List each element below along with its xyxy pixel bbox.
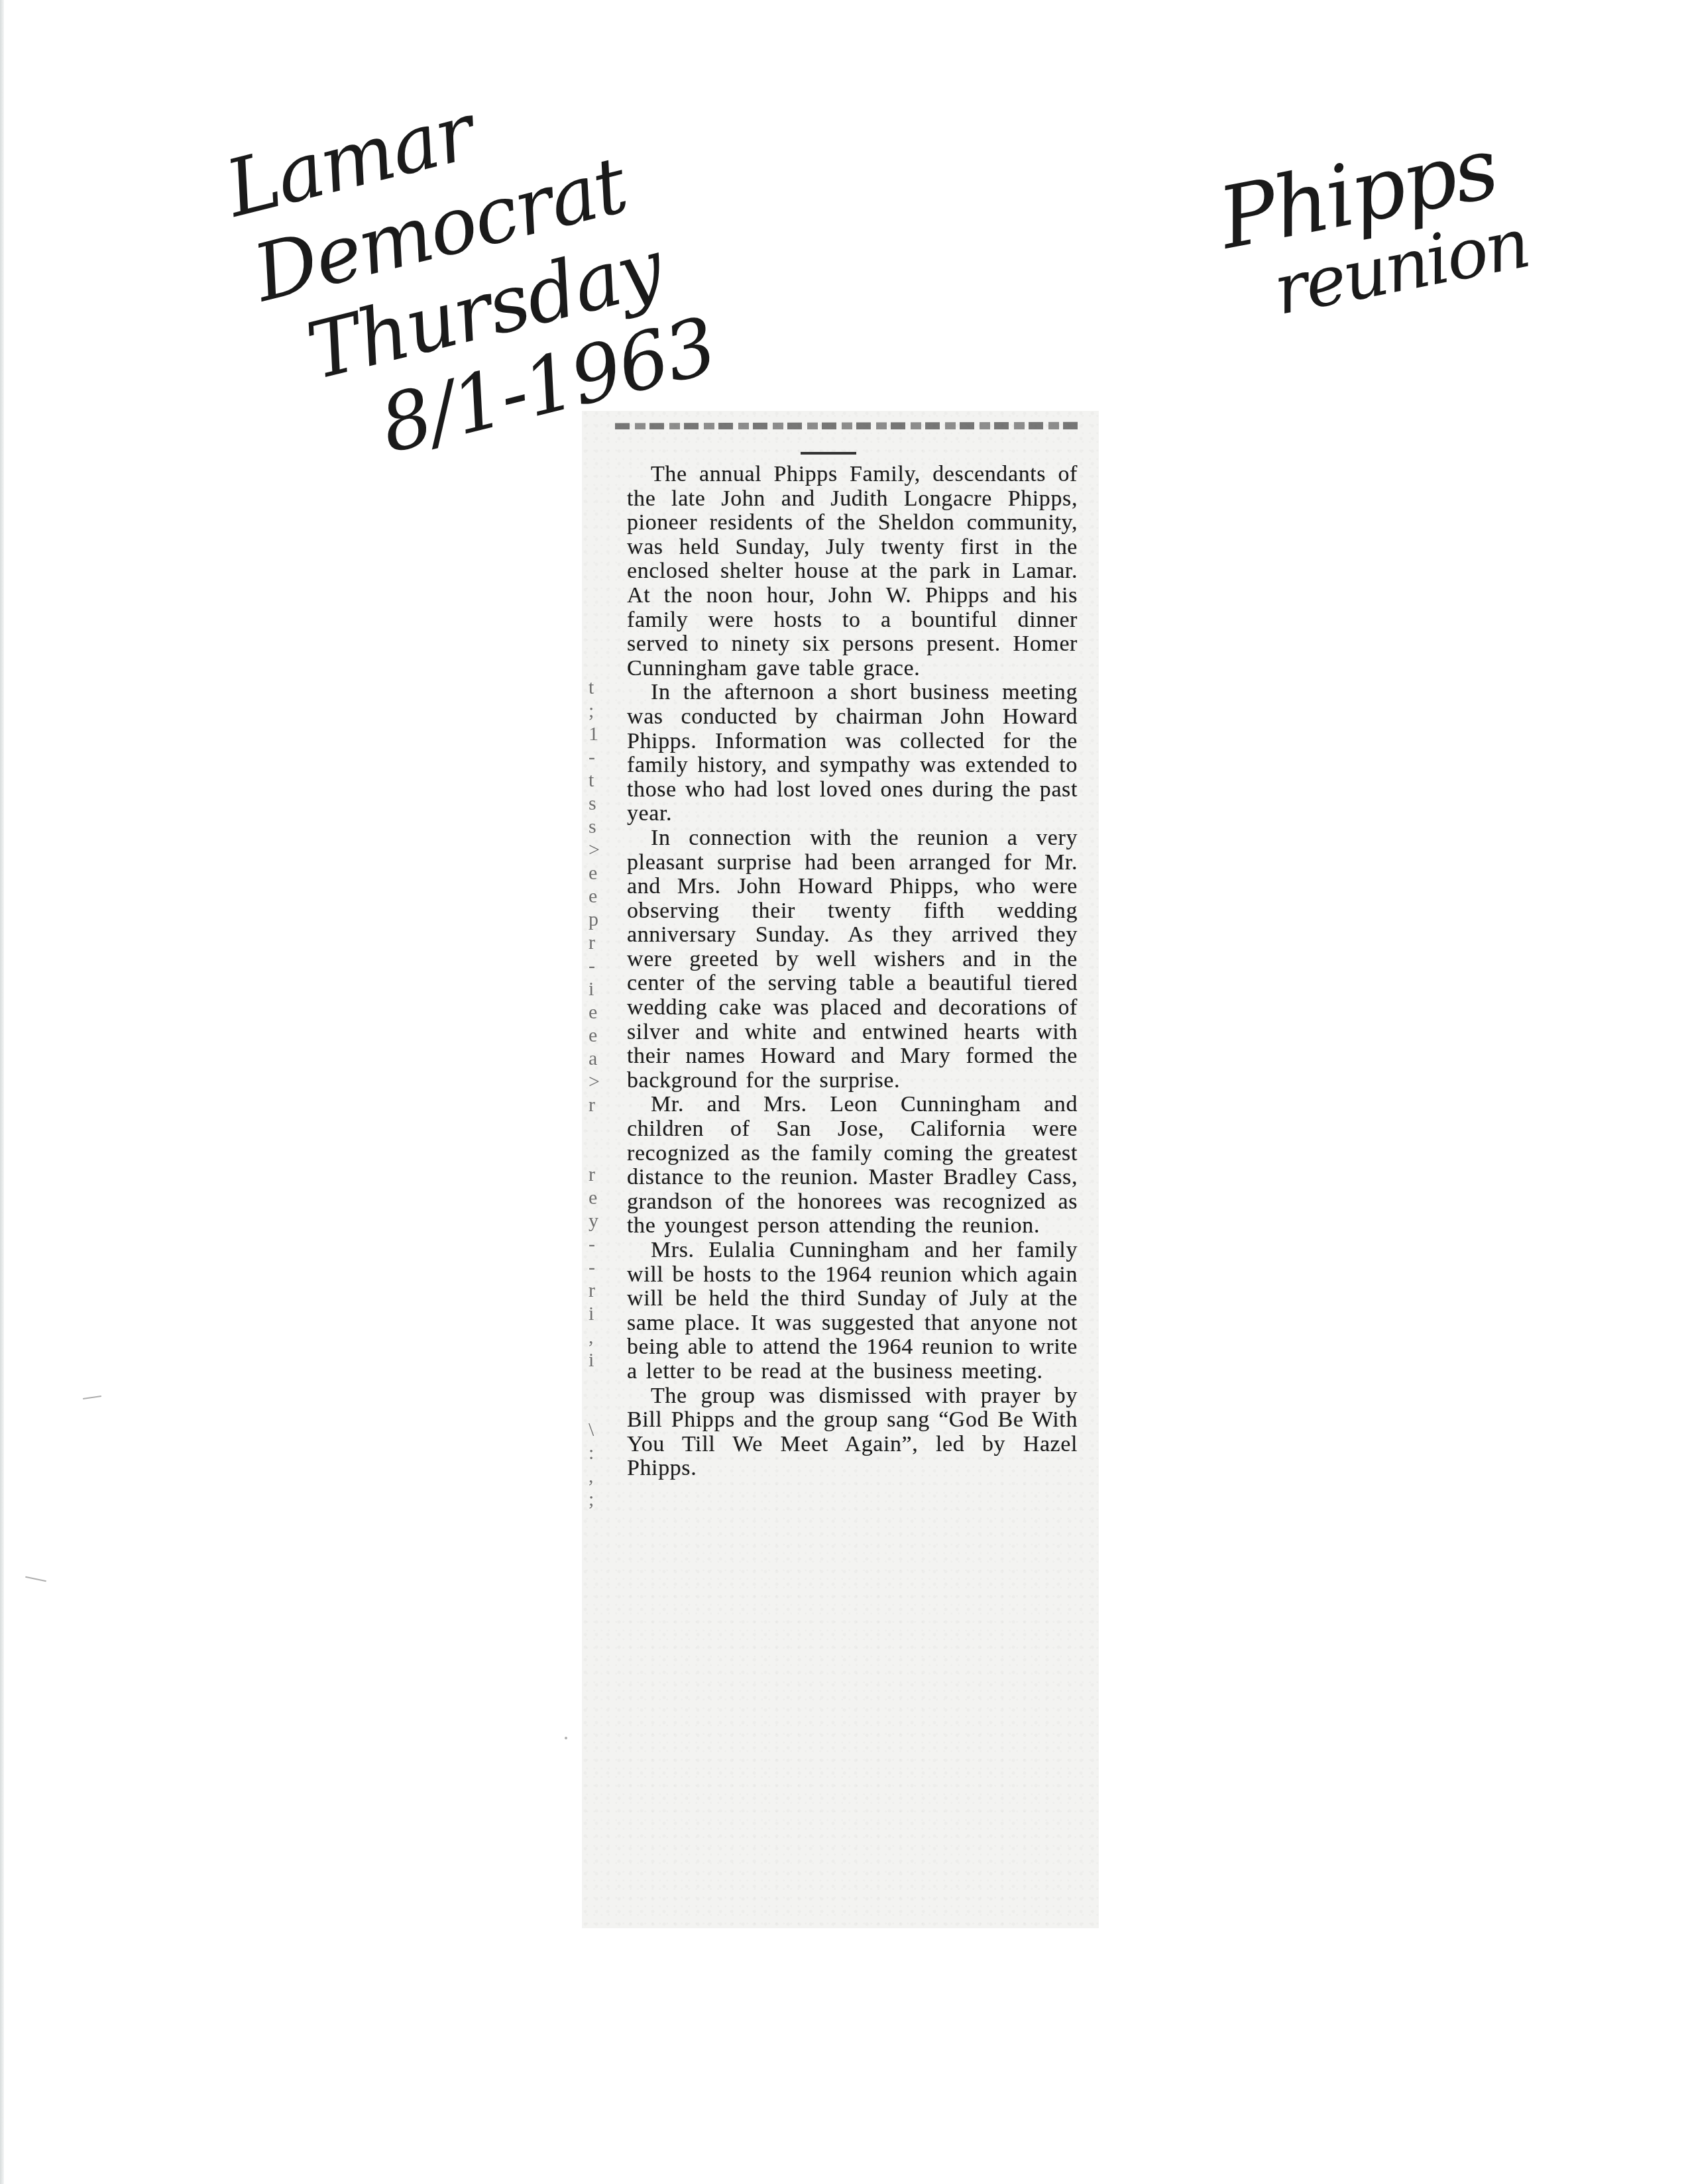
fragment-character: r <box>589 931 615 954</box>
article-paragraph-5: Mrs. Eulalia Cunningham and her family w… <box>627 1238 1078 1384</box>
article-paragraph-4: Mr. and Mrs. Leon Cunningham and childre… <box>627 1093 1078 1238</box>
fragment-character: e <box>589 1001 615 1024</box>
fragment-character: - <box>589 1232 615 1256</box>
fragment-character: y <box>589 1209 615 1232</box>
article-body: The annual Phipps Family, descendants of… <box>627 463 1078 1481</box>
fragment-character: i <box>589 1302 615 1325</box>
cropped-headline <box>615 419 1079 429</box>
fragment-character <box>589 1511 615 1534</box>
scan-artifact-mark <box>83 1395 101 1399</box>
fragment-character: e <box>589 1024 615 1047</box>
fragment-character: t <box>589 676 615 699</box>
fragment-character: p <box>589 908 615 931</box>
article-paragraph-2: In the afternoon a short business meetin… <box>627 681 1078 826</box>
fragment-character: ; <box>589 699 615 722</box>
scan-page-edge <box>0 0 4 2184</box>
fragment-character: : <box>589 1441 615 1464</box>
fragment-character: t <box>589 769 615 792</box>
fragment-character: i <box>589 1348 615 1372</box>
fragment-character <box>589 1395 615 1418</box>
article-paragraph-1: The annual Phipps Family, descendants of… <box>627 463 1078 681</box>
fragment-character: e <box>589 861 615 885</box>
fragment-character: r <box>589 1279 615 1302</box>
fragment-character: - <box>589 745 615 769</box>
fragment-character: 1 <box>589 722 615 745</box>
fragment-character: \ <box>589 1418 615 1441</box>
fragment-character: a <box>589 1047 615 1070</box>
scan-artifact-mark <box>565 1737 567 1739</box>
fragment-character: r <box>589 1093 615 1117</box>
newspaper-clipping: t;1-tss>eepr-ieea>rrey--ri,i\:,; The ann… <box>582 411 1099 1928</box>
fragment-character: ; <box>589 1488 615 1511</box>
fragment-character <box>589 1140 615 1163</box>
fragment-character <box>589 1372 615 1395</box>
fragment-character: i <box>589 977 615 1001</box>
fragment-character: - <box>589 954 615 977</box>
adjacent-column-fragment: t;1-tss>eepr-ieea>rrey--ri,i\:,; <box>589 676 615 1557</box>
fragment-character <box>589 1117 615 1140</box>
article-paragraph-3: In connection with the reunion a very pl… <box>627 826 1078 1093</box>
scan-artifact-mark <box>25 1576 46 1582</box>
headline-divider-rule <box>801 452 856 455</box>
fragment-character: s <box>589 792 615 815</box>
fragment-character: r <box>589 1163 615 1186</box>
handwritten-topic-note: Phipps reunion <box>1213 123 1534 335</box>
fragment-character: s <box>589 815 615 838</box>
fragment-character: > <box>589 838 615 861</box>
article-paragraph-6: The group was dismissed with prayer by B… <box>627 1384 1078 1481</box>
fragment-character <box>589 1534 615 1557</box>
fragment-character: , <box>589 1325 615 1348</box>
fragment-character: , <box>589 1464 615 1488</box>
fragment-character: e <box>589 885 615 908</box>
fragment-character: e <box>589 1186 615 1209</box>
fragment-character: > <box>589 1070 615 1093</box>
fragment-character: - <box>589 1256 615 1279</box>
